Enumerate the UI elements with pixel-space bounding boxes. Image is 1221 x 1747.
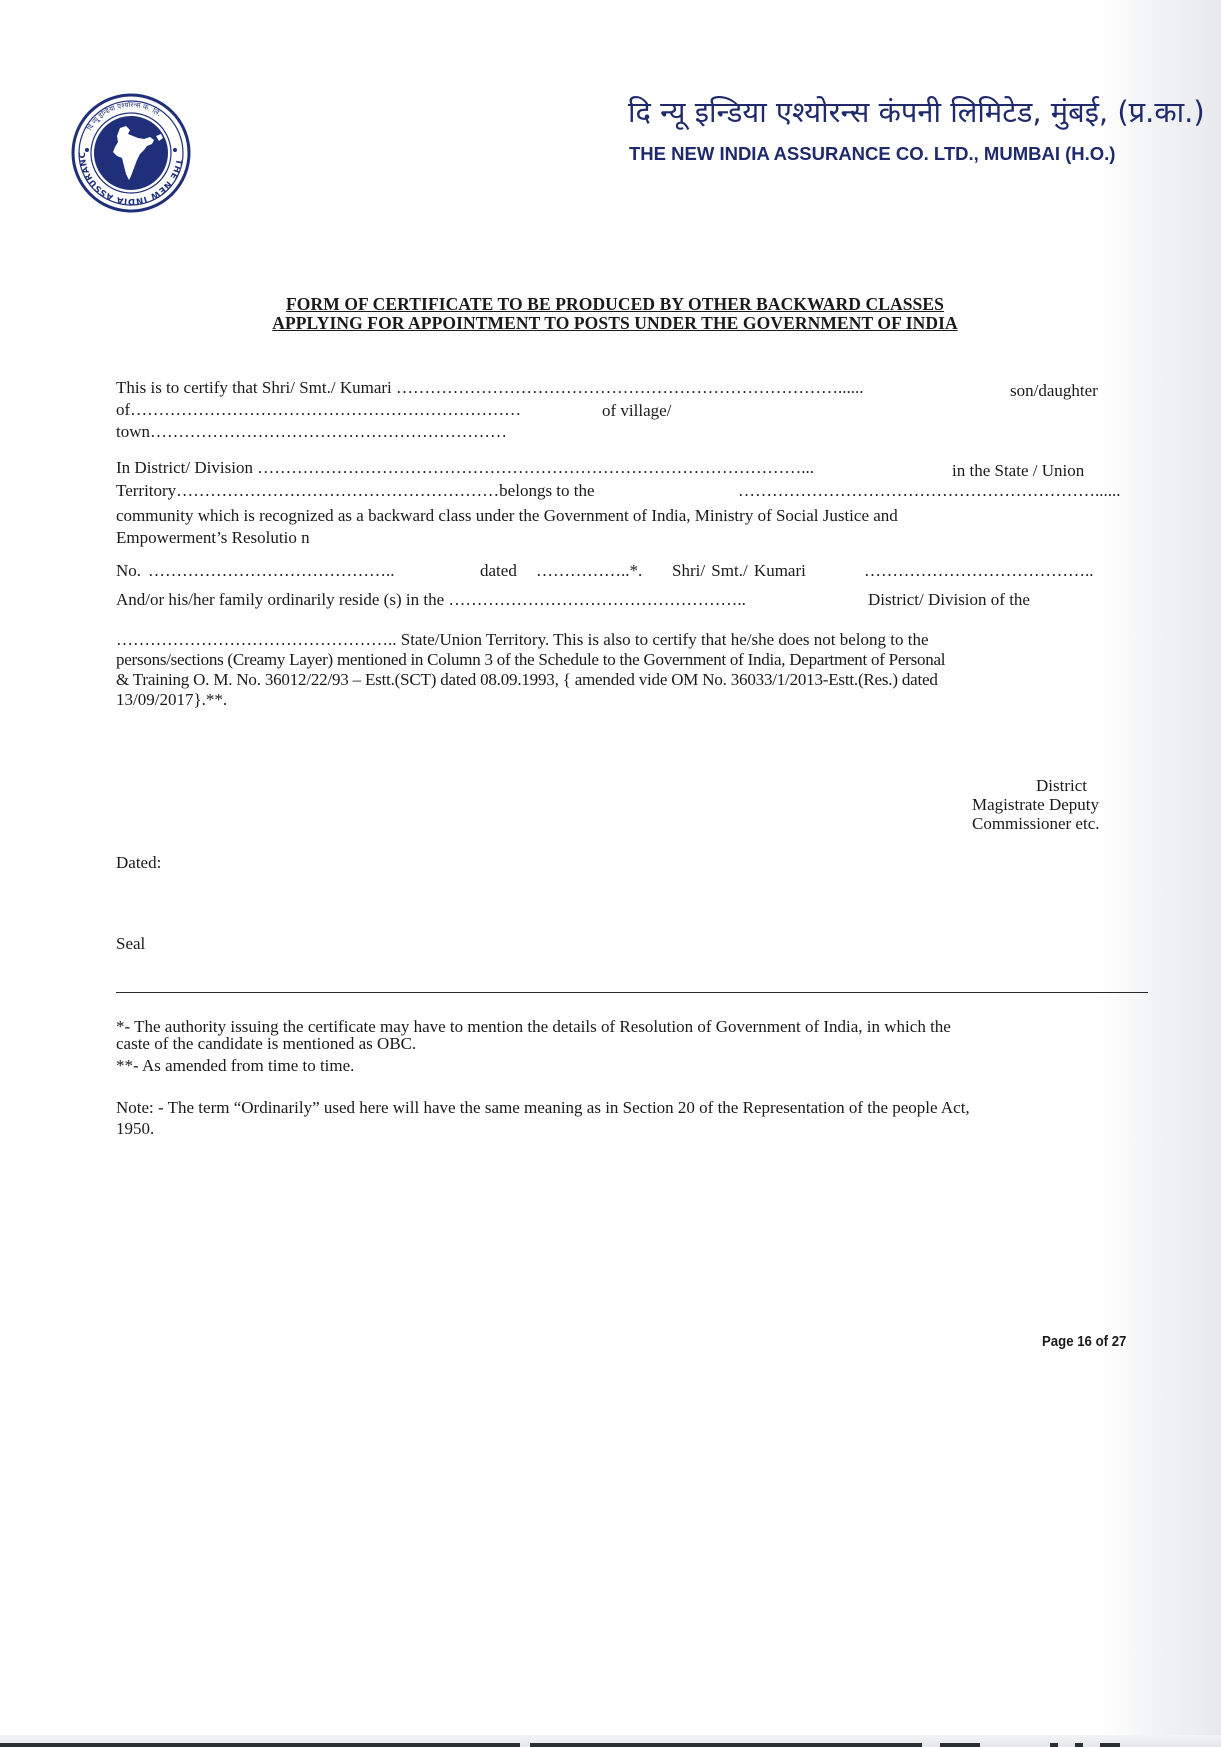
p1-line1-right: son/daughter [1010, 380, 1098, 401]
company-name-english: THE NEW INDIA ASSURANCE CO. LTD., MUMBAI… [629, 143, 1115, 165]
company-logo-icon: THE NEW INDIA ASSURANCE CO.LTD. दि न्यू … [70, 92, 192, 214]
signature-line-1: District [1036, 776, 1087, 795]
page-number: Page 16 of 27 [1042, 1333, 1126, 1350]
document-page: THE NEW INDIA ASSURANCE CO.LTD. दि न्यू … [0, 0, 1221, 1747]
p3-line2-left: And/or his/her family ordinarily reside … [116, 589, 866, 610]
company-name-hindi: दि न्यू इन्डिया एश्योरन्स कंपनी लिमिटेड,… [628, 92, 1188, 131]
signature-line-2: Magistrate Deputy [972, 795, 1099, 814]
signature-line-3: Commissioner etc. [972, 814, 1099, 833]
p2-line2-right: ………………………………………………………...... [738, 480, 1123, 501]
p3-line2-right: District/ Division of the [868, 589, 1030, 610]
scan-artifact-bar [1075, 1743, 1083, 1747]
note-line-2: 1950. [116, 1118, 154, 1139]
p4-line4: 13/09/2017}.**. [116, 689, 227, 710]
footnote-2: **- As amended from time to time. [116, 1057, 354, 1075]
p2-line1-right: in the State / Union [952, 460, 1084, 481]
form-title: FORM OF CERTIFICATE TO BE PRODUCED BY OT… [200, 295, 1030, 333]
note-line-1: Note: - The term “Ordinarily” used here … [116, 1097, 970, 1118]
p2-line2-left: Territory…………………………………………………belongs to t… [116, 480, 718, 501]
footnote-divider [116, 992, 1148, 993]
dated-label: Dated: [116, 852, 161, 873]
p4-line2: persons/sections (Creamy Layer) mentione… [116, 649, 1146, 670]
p1-line2-right: of village/ [602, 400, 671, 421]
p1-line1-left: This is to certify that Shri/ Smt./ Kuma… [116, 377, 864, 398]
footnote-1-line-2: caste of the candidate is mentioned as O… [116, 1035, 416, 1053]
p4-line1: ………………………………………….. State/Union Territory… [116, 629, 1140, 650]
p2-line4: Empowerment’s Resolutio n [116, 527, 310, 548]
p3-no-label: No. [116, 560, 141, 581]
form-title-line-1: FORM OF CERTIFICATE TO BE PRODUCED BY OT… [200, 295, 1030, 314]
seal-label: Seal [116, 933, 145, 954]
p1-line3: town……………………………………………………… [116, 421, 586, 442]
p3-name-blank: ………………………………….. [864, 560, 1144, 581]
form-title-line-2: APPLYING FOR APPOINTMENT TO POSTS UNDER … [200, 314, 1030, 333]
p1-line2-left: of…………………………………………………………… [116, 399, 596, 420]
p3-no-blank: …………………………………….. [148, 560, 468, 581]
scan-artifact-bar [1100, 1743, 1120, 1747]
p2-line1-left: In District/ Division ………………………………………………… [116, 457, 948, 478]
p3-dated-label: dated [480, 560, 517, 581]
p3-shri-label: Shri/ Smt./ Kumari [672, 560, 806, 581]
p2-line3: community which is recognized as a backw… [116, 505, 898, 526]
scan-artifact-bar [1050, 1743, 1058, 1747]
p4-line3: & Training O. M. No. 36012/22/93 – Estt.… [116, 669, 1146, 690]
scan-artifact-bar [530, 1743, 922, 1747]
scan-artifact-bar [940, 1743, 980, 1747]
scan-artifact-bar [0, 1743, 520, 1747]
p3-dated-blank: ……………..*. [536, 560, 658, 581]
